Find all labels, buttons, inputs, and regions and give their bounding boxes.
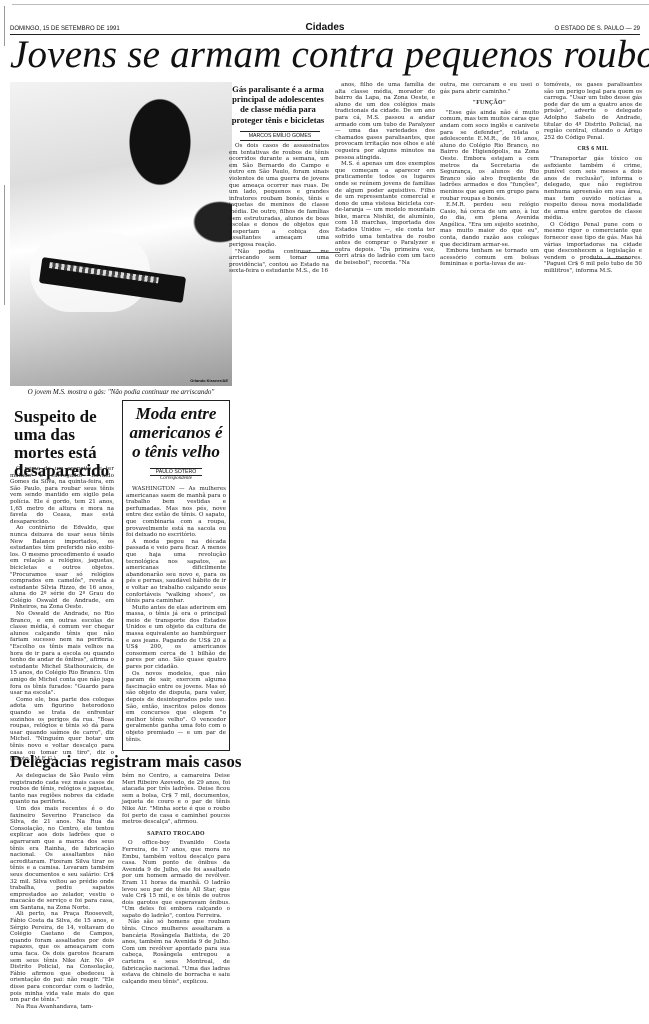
paragraph: "Esse gás ainda não é muito comum, mas t… [440,110,539,202]
paragraph: Ali perto, na Praça Roosevelt, Fábio Cos… [10,911,114,1003]
paragraph: O office-boy Evanildo Costa Ferreira, de… [122,840,230,919]
paragraph: No Oswald de Andrade, no Rio Branco, e e… [10,611,114,697]
scan-edge-line [4,6,5,46]
subhead-funcao: "FUNÇÃO" [440,100,539,107]
byline-role: Correspondente [150,475,202,481]
article-deck: Gás paralisante é a arma principal de ad… [230,84,326,125]
boxed-headline: Moda entre americanos é o tênis velho [126,404,226,461]
photo-credit: Orlando Kissner/AE [190,378,228,383]
paragraph: A moda pegou na década passada e veio pa… [126,539,226,605]
boxed-body: WASHINGTON — As mulheres americanas saem… [126,486,226,743]
paragraph: outra, me cercaram e eu usei o gás para … [440,82,539,95]
scan-edge-line [4,185,5,305]
boxed-byline: PAULO SOTERO Correspondente [150,468,202,481]
subhead-cr6mil: CR$ 6 MIL [544,146,642,153]
paragraph: Embora tenham se tornado um acessório co… [440,248,539,268]
byline-name: PAULO SOTERO [156,469,197,475]
article-byline: MARCOS EMÍLIO GOMES [240,131,320,141]
folio-section: Cidades [10,22,640,33]
paragraph: Muito antes de elas aderirem em massa, o… [126,605,226,671]
article-column-2: anos, filho de uma família de alta class… [335,82,435,267]
paragraph: Não são só homens que roubam tênis. Cinc… [122,919,230,985]
article-column-3: outra, me cercaram e eu usei o gás para … [440,82,539,268]
paragraph: Os dois casos de assassinatos em tentati… [229,143,329,249]
paragraph: E.M.R. perdeu seu relógio Casio, há cerc… [440,202,539,248]
article-column-1: Os dois casos de assassinatos em tentati… [229,143,329,275]
paragraph: Ao contrário de Edvaldo, que nunca deixa… [10,525,114,611]
article-column-4: tomóveis, os gases paralisantes são um p… [544,82,642,275]
paragraph: anos, filho de uma família de alta class… [335,82,435,161]
folio-paper-page: O ESTADO DE S. PAULO — 29 [555,26,640,32]
paragraph: O Código Penal pune com o mesmo rigor o … [544,222,642,275]
paragraph: bém no Centro, a camareira Deise Meri Ri… [122,773,230,826]
paragraph: Os novos modelos, que não param de sair,… [126,671,226,744]
delegacias-headline: Delegacias registram mais casos [10,752,235,772]
paragraph: O nome de um suspeito de ter matado o ca… [10,466,114,525]
article-end-rule [590,258,630,259]
paragraph: M.S. é apenas um dos exemplos que começa… [335,161,435,267]
paragraph: WASHINGTON — As mulheres americanas saem… [126,486,226,539]
article-end-rule [300,252,340,253]
paragraph: tomóveis, os gases paralisantes são um p… [544,82,642,141]
sidebar-body: O nome de um suspeito de ter matado o ca… [10,466,114,763]
paragraph: Na Rua Avanhandava, tam- [10,1004,114,1011]
delegacias-column-1: As delegacias de São Paulo vêm registran… [10,773,114,1010]
news-photo: Orlando Kissner/AE [10,82,232,386]
delegacias-column-2: bém no Centro, a camareira Deise Meri Ri… [122,773,230,985]
page-top-rule [12,4,649,5]
paragraph: As delegacias de São Paulo vêm registran… [10,773,114,806]
paragraph: Um dos mais recentes é o do faxineiro Se… [10,806,114,912]
paragraph: "Transportar gás tóxico ou asfixiante ta… [544,156,642,222]
main-headline: Jovens se armam contra pequenos roubos [10,34,646,76]
subhead-sapato-trocado: SAPATO TROCADO [122,831,230,838]
photo-caption: O jovem M.S. mostra o gás: "Não podia co… [10,388,232,396]
